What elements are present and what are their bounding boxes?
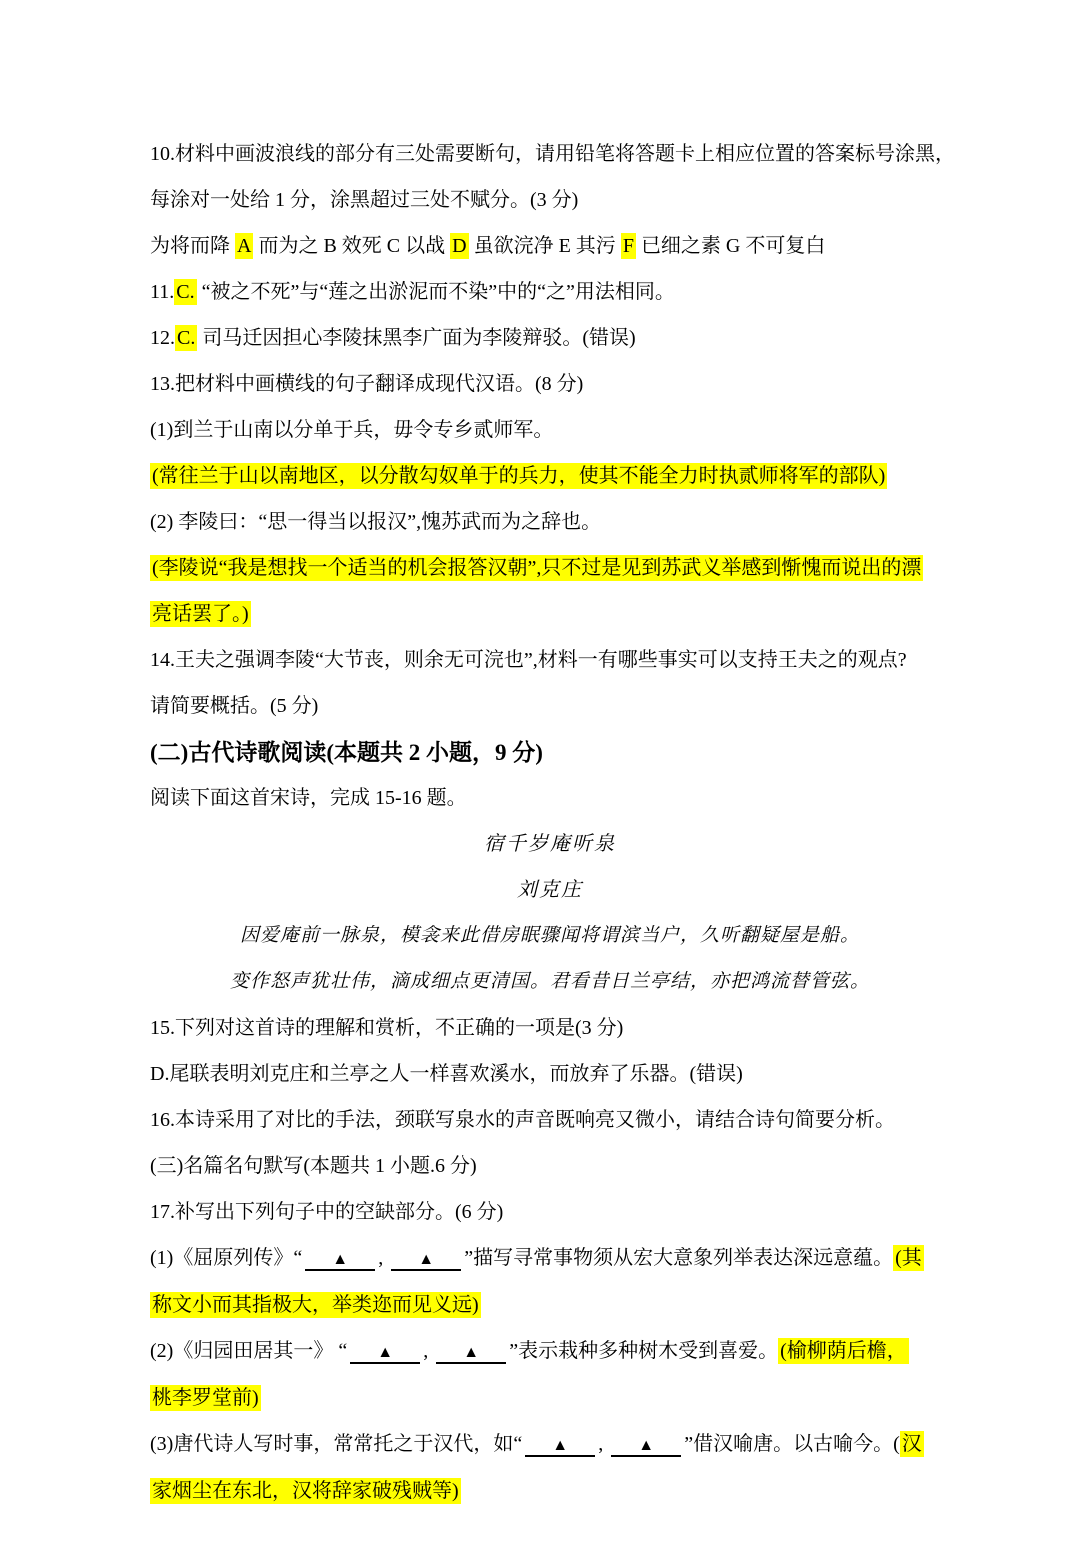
q17-3-answer: 家烟尘在东北，汉将辞家破残贼等)	[150, 1479, 950, 1503]
answer-blank: ▲	[350, 1344, 420, 1364]
highlighted-answer-text: (榆柳荫后檐，	[778, 1338, 909, 1364]
highlighted-answer-text: C.	[174, 279, 196, 305]
poem-title: 宿千岁庵听泉	[150, 832, 950, 856]
text-segment: 14.王夫之强调李陵“大节丧，则余无可浣也”,材料一有哪些事实可以支持王夫之的观…	[150, 649, 907, 671]
highlighted-answer-text: 桃李罗堂前)	[150, 1385, 261, 1411]
text-segment: D.尾联表明刘克庄和兰亭之人一样喜欢溪水，而放弃了乐器。(错误)	[150, 1063, 743, 1085]
text-segment: 司马迁因担心李陵抹黑李广面为李陵辩驳。(错误)	[197, 327, 635, 349]
text-segment: 12.	[150, 327, 175, 349]
q14-line2: 请简要概括。(5 分)	[150, 694, 950, 718]
q13-1: (1)到兰于山南以分单于兵，毋令专乡贰师军。	[150, 418, 950, 442]
poem-line2: 变作怒声犹壮伟，滴成细点更清国。君看昔日兰亭结，亦把鸿流替管弦。	[150, 970, 950, 994]
q10-answer-line: 为将而降 A 而为之 B 效死 C 以战 D 虽欲浣净 E 其污 F 已细之素 …	[150, 234, 950, 258]
text-segment: (2)《归园田居其一》 “	[150, 1340, 347, 1362]
poem-line1: 因爱庵前一脉泉，模衾来此借房眠骤闻将谓滨当户，久听翻疑屋是船。	[150, 924, 950, 948]
highlighted-answer-text: (常往兰于山以南地区，以分散勾奴单于的兵力，使其不能全力时执贰师将军的部队)	[150, 463, 887, 489]
highlighted-answer-text: (其	[893, 1245, 924, 1271]
poem-intro: 阅读下面这首宋诗，完成 15-16 题。	[150, 786, 950, 810]
text-segment: “被之不死”与“莲之出淤泥而不染”中的“之”用法相同。	[197, 281, 675, 303]
q13-2-answer-line2: 亮话罢了。)	[150, 602, 950, 626]
q15-answer: D.尾联表明刘克庄和兰亭之人一样喜欢溪水，而放弃了乐器。(错误)	[150, 1062, 950, 1086]
text-segment: 因爱庵前一脉泉，模衾来此借房眠骤闻将谓滨当户，久听翻疑屋是船。	[240, 925, 860, 946]
text-segment: (3)唐代诗人写时事，常常托之于汉代，如“	[150, 1433, 522, 1455]
text-segment: 而为之 B 效死 C 以战	[253, 235, 450, 257]
q17: 17.补写出下列句子中的空缺部分。(6 分)	[150, 1200, 950, 1224]
text-segment: 10.材料中画波浪线的部分有三处需要断句，请用铅笔将答题卡上相应位置的答案标号涂…	[150, 143, 955, 165]
section-3-heading: (三)名篇名句默写(本题共 1 小题.6 分)	[150, 1154, 950, 1178]
q13-2-answer-line1: (李陵说“我是想找一个适当的机会报答汉朝”,只不过是见到苏武义举感到惭愧而说出的…	[150, 556, 950, 580]
q10-line2: 每涂对一处给 1 分，涂黑超过三处不赋分。(3 分)	[150, 188, 950, 212]
answer-blank: ▲	[611, 1437, 681, 1457]
q17-1: (1)《屈原列传》“▲, ▲”描写寻常事物须从宏大意象列举表达深远意蕴。(其	[150, 1246, 950, 1271]
section-2-heading: (二)古代诗歌阅读(本题共 2 小题，9 分)	[150, 740, 950, 766]
text-segment: 11.	[150, 281, 174, 303]
text-segment: 15.下列对这首诗的理解和赏析，不正确的一项是(3 分)	[150, 1017, 623, 1039]
text-segment: ,	[423, 1340, 433, 1362]
text-segment: 13.把材料中画横线的句子翻译成现代汉语。(8 分)	[150, 373, 583, 395]
answer-blank: ▲	[525, 1437, 595, 1457]
q17-1-answer: 称文小而其指极大，举类迩而见义远)	[150, 1293, 950, 1317]
highlighted-answer-text: C.	[175, 325, 197, 351]
text-segment: ”借汉喻唐。以古喻今。(	[684, 1433, 900, 1455]
text-segment: 每涂对一处给 1 分，涂黑超过三处不赋分。(3 分)	[150, 189, 578, 211]
text-segment: (1)到兰于山南以分单于兵，毋令专乡贰师军。	[150, 419, 553, 441]
text-segment: (1)《屈原列传》“	[150, 1247, 302, 1269]
text-segment: 宿千岁庵听泉	[484, 833, 616, 855]
q13: 13.把材料中画横线的句子翻译成现代汉语。(8 分)	[150, 372, 950, 396]
answer-blank: ▲	[305, 1251, 375, 1271]
highlighted-answer-text: F	[621, 233, 636, 259]
text-segment: 为将而降	[150, 235, 235, 257]
q15: 15.下列对这首诗的理解和赏析，不正确的一项是(3 分)	[150, 1016, 950, 1040]
text-segment: 16.本诗采用了对比的手法，颈联写泉水的声音既响亮又微小，请结合诗句简要分析。	[150, 1109, 895, 1131]
poem-author: 刘克庄	[150, 878, 950, 902]
text-segment: ,	[598, 1433, 608, 1455]
q16: 16.本诗采用了对比的手法，颈联写泉水的声音既响亮又微小，请结合诗句简要分析。	[150, 1108, 950, 1132]
q12-answer: 12.C. 司马迁因担心李陵抹黑李广面为李陵辩驳。(错误)	[150, 326, 950, 350]
highlighted-answer-text: D	[450, 233, 468, 259]
q17-2-answer: 桃李罗堂前)	[150, 1386, 950, 1410]
text-segment: ”表示栽种多种树木受到喜爱。	[509, 1340, 778, 1362]
text-segment: 变作怒声犹壮伟，滴成细点更清国。君看昔日兰亭结，亦把鸿流替管弦。	[230, 971, 870, 992]
highlighted-answer-text: (李陵说“我是想找一个适当的机会报答汉朝”,只不过是见到苏武义举感到惭愧而说出的…	[150, 555, 923, 581]
text-segment: 虽欲浣净 E 其污	[469, 235, 621, 257]
text-segment: 刘克庄	[517, 879, 583, 901]
text-segment: ”描写寻常事物须从宏大意象列举表达深远意蕴。	[464, 1247, 893, 1269]
text-segment: 17.补写出下列句子中的空缺部分。(6 分)	[150, 1201, 503, 1223]
text-segment: (2) 李陵曰：“思一得当以报汉”,愧苏武而为之辞也。	[150, 511, 601, 533]
q17-3: (3)唐代诗人写时事，常常托之于汉代，如“▲, ▲”借汉喻唐。以古喻今。(汉	[150, 1432, 950, 1457]
text-segment: 请简要概括。(5 分)	[150, 695, 318, 717]
q11-answer: 11.C. “被之不死”与“莲之出淤泥而不染”中的“之”用法相同。	[150, 280, 950, 304]
text-segment: (二)古代诗歌阅读(本题共 2 小题，9 分)	[150, 740, 543, 765]
document-body: 10.材料中画波浪线的部分有三处需要断句，请用铅笔将答题卡上相应位置的答案标号涂…	[150, 142, 950, 1503]
q13-2: (2) 李陵曰：“思一得当以报汉”,愧苏武而为之辞也。	[150, 510, 950, 534]
answer-blank: ▲	[436, 1344, 506, 1364]
highlighted-answer-text: 称文小而其指极大，举类迩而见义远)	[150, 1292, 481, 1318]
q17-2: (2)《归园田居其一》 “▲, ▲”表示栽种多种树木受到喜爱。(榆柳荫后檐，	[150, 1339, 950, 1364]
highlighted-answer-text: 家烟尘在东北，汉将辞家破残贼等)	[150, 1478, 461, 1504]
highlighted-answer-text: 亮话罢了。)	[150, 601, 251, 627]
q14-line1: 14.王夫之强调李陵“大节丧，则余无可浣也”,材料一有哪些事实可以支持王夫之的观…	[150, 648, 950, 672]
q10-line1: 10.材料中画波浪线的部分有三处需要断句，请用铅笔将答题卡上相应位置的答案标号涂…	[150, 142, 950, 166]
text-segment: (三)名篇名句默写(本题共 1 小题.6 分)	[150, 1155, 477, 1177]
answer-blank: ▲	[391, 1251, 461, 1271]
text-segment: 阅读下面这首宋诗，完成 15-16 题。	[150, 787, 467, 809]
exam-answer-page: 10.材料中画波浪线的部分有三处需要断句，请用铅笔将答题卡上相应位置的答案标号涂…	[0, 0, 1080, 1555]
highlighted-answer-text: 汉	[900, 1431, 924, 1457]
q13-1-answer: (常往兰于山以南地区，以分散勾奴单于的兵力，使其不能全力时执贰师将军的部队)	[150, 464, 950, 488]
text-segment: ,	[378, 1247, 388, 1269]
text-segment: 已细之素 G 不可复白	[636, 235, 825, 257]
highlighted-answer-text: A	[235, 233, 253, 259]
